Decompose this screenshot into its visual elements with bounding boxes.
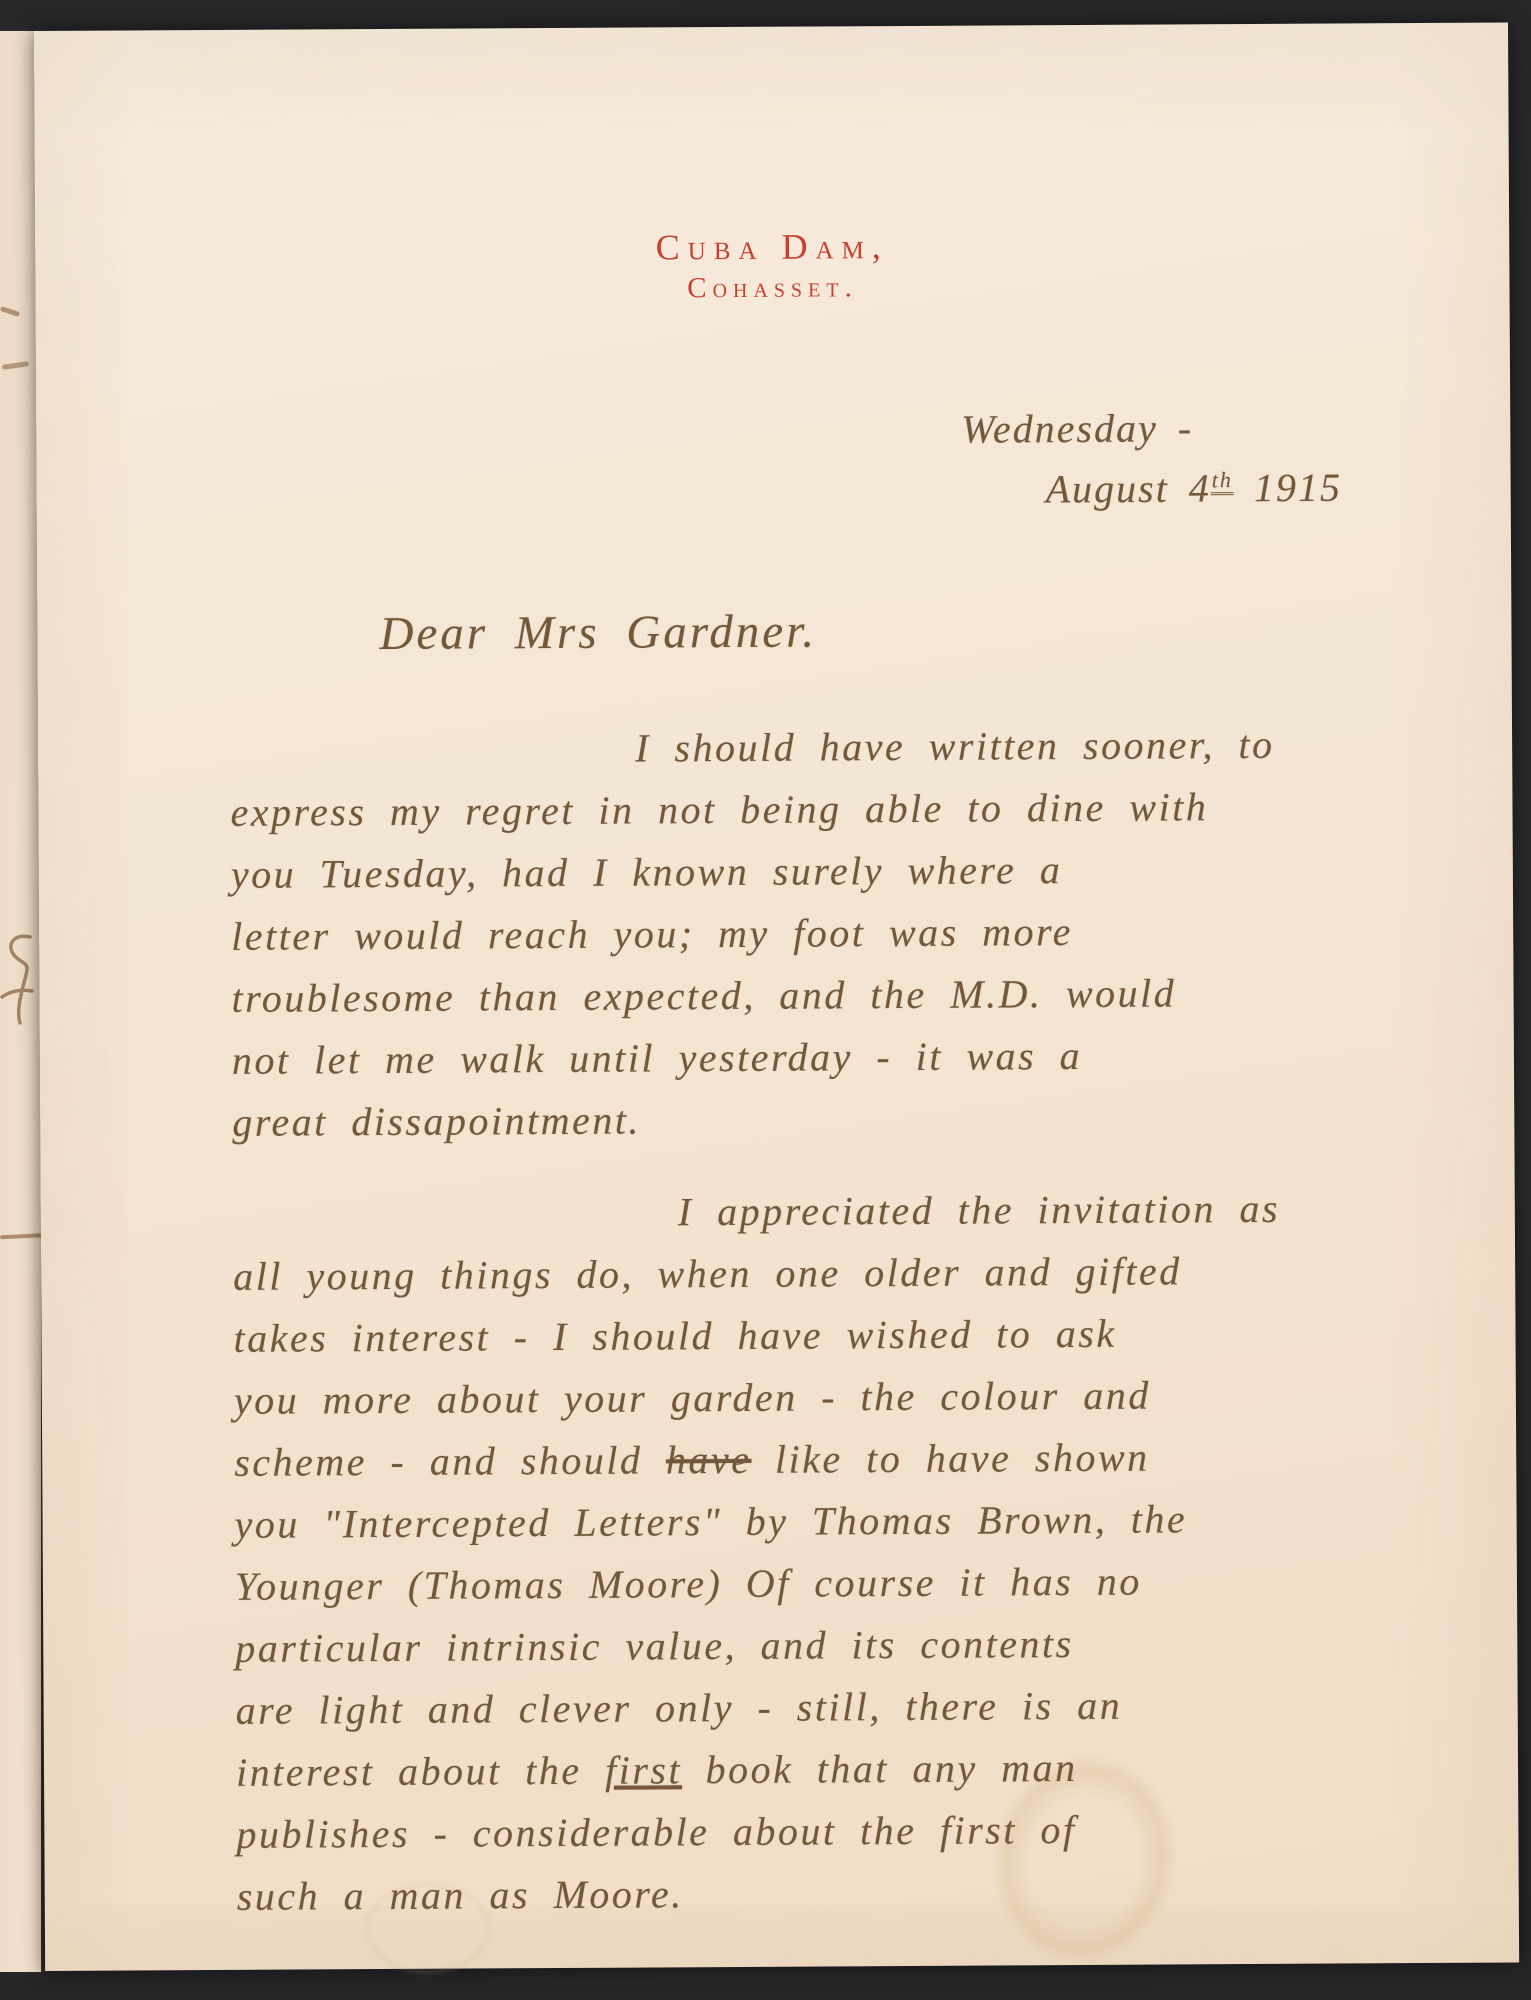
- text-segment: you Tuesday, had I known surely where a: [231, 847, 1063, 897]
- text-segment: such a man as Moore.: [237, 1871, 684, 1919]
- letterhead-town: Cohasset.: [656, 270, 889, 305]
- text-segment: particular intrinsic value, and its cont…: [235, 1621, 1074, 1671]
- letter-body: I should have written sooner, toexpress …: [230, 713, 1507, 1928]
- ink-bleed-tick: [2, 361, 29, 370]
- handwritten-line: such a man as Moore.: [237, 1859, 1507, 1928]
- text-segment: I should have written sooner, to: [635, 722, 1275, 771]
- handwritten-line: you "Intercepted Letters" by Thomas Brow…: [234, 1487, 1504, 1556]
- letter-page: Cuba Dam, Cohasset. Wednesday - August 4…: [34, 23, 1519, 1971]
- text-segment: takes interest - I should have wished to…: [233, 1311, 1116, 1361]
- dateline: Wednesday - August 4th 1915: [961, 401, 1342, 516]
- handwritten-line: I should have written sooner, to: [230, 713, 1500, 782]
- ink-bleed-flourish: [0, 931, 36, 1041]
- handwritten-line: scheme - and should have like to have sh…: [234, 1425, 1504, 1494]
- dateline-year: 1915: [1254, 465, 1342, 511]
- underlined-word: first: [605, 1747, 682, 1792]
- text-segment: great dissapointment.: [232, 1098, 641, 1145]
- text-segment: book that any man: [682, 1745, 1078, 1792]
- dateline-date-prefix: August 4: [1046, 466, 1211, 512]
- salutation: Dear Mrs Gardner.: [379, 605, 817, 662]
- letterhead: Cuba Dam, Cohasset.: [656, 226, 890, 305]
- dateline-date: August 4th 1915: [1045, 453, 1342, 515]
- handwritten-line: takes interest - I should have wished to…: [233, 1301, 1503, 1370]
- handwritten-line: great dissapointment.: [232, 1085, 1502, 1154]
- handwritten-line: I appreciated the invitation as: [233, 1177, 1503, 1246]
- handwritten-line: not let me walk until yesterday - it was…: [232, 1023, 1502, 1092]
- handwritten-line: express my regret in not being able to d…: [230, 775, 1500, 844]
- dateline-day: Wednesday -: [961, 401, 1342, 455]
- handwritten-line: publishes - considerable about the first…: [236, 1797, 1506, 1866]
- handwritten-line: are light and clever only - still, there…: [236, 1673, 1506, 1742]
- text-segment: troublesome than expected, and the M.D. …: [231, 970, 1176, 1020]
- handwritten-line: you more about your garden - the colour …: [234, 1363, 1504, 1432]
- text-segment: scheme - and should: [234, 1437, 666, 1484]
- text-segment: express my regret in not being able to d…: [230, 784, 1208, 835]
- struck-word: have: [666, 1437, 752, 1482]
- handwritten-line: troublesome than expected, and the M.D. …: [231, 961, 1501, 1030]
- text-segment: not let me walk until yesterday - it was…: [232, 1033, 1082, 1083]
- handwritten-line: letter would reach you; my foot was more: [231, 899, 1501, 968]
- letterhead-location: Cuba Dam,: [656, 226, 889, 267]
- text-segment: you more about your garden - the colour …: [234, 1373, 1151, 1423]
- text-segment: all young things do, when one older and …: [233, 1248, 1182, 1298]
- text-segment: I appreciated the invitation as: [678, 1186, 1280, 1234]
- handwritten-line: you Tuesday, had I known surely where a: [231, 837, 1501, 906]
- paragraph-2: I appreciated the invitation asall young…: [233, 1177, 1507, 1928]
- text-segment: letter would reach you; my foot was more: [231, 909, 1073, 959]
- handwritten-line: Younger (Thomas Moore) Of course it has …: [235, 1549, 1505, 1618]
- handwritten-line: particular intrinsic value, and its cont…: [235, 1611, 1505, 1680]
- handwritten-line: all young things do, when one older and …: [233, 1239, 1503, 1308]
- text-segment: Younger (Thomas Moore) Of course it has …: [235, 1559, 1142, 1609]
- text-segment: publishes - considerable about the first…: [236, 1807, 1076, 1857]
- text-segment: are light and clever only - still, there…: [236, 1683, 1123, 1733]
- dateline-ordinal: th: [1211, 467, 1234, 495]
- text-segment: interest about the: [236, 1748, 605, 1795]
- text-segment: like to have shown: [751, 1435, 1149, 1482]
- paragraph-1: I should have written sooner, toexpress …: [230, 713, 1502, 1154]
- ink-bleed-tick: [0, 306, 20, 317]
- handwritten-line: interest about the first book that any m…: [236, 1735, 1506, 1804]
- photograph-background: Cuba Dam, Cohasset. Wednesday - August 4…: [0, 0, 1531, 2000]
- text-segment: you "Intercepted Letters" by Thomas Brow…: [234, 1496, 1187, 1546]
